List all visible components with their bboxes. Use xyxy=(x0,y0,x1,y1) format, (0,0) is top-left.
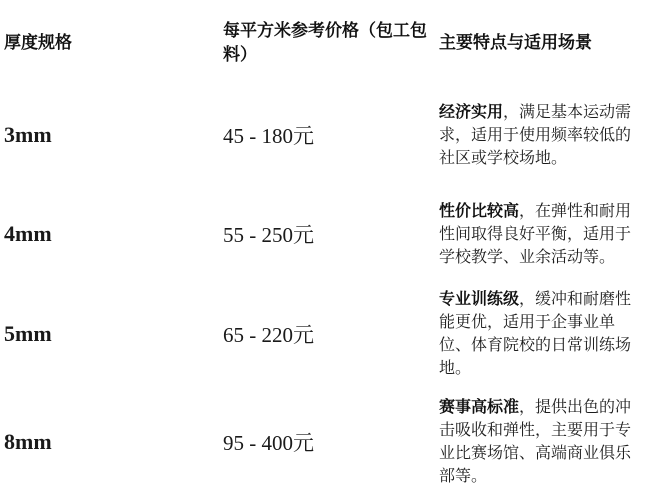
table-header: 厚度规格 每平方米参考价格（包工包料） 主要特点与适用场景 xyxy=(0,0,661,86)
pricing-table: 厚度规格 每平方米参考价格（包工包料） 主要特点与适用场景 3mm 45 - 1… xyxy=(0,0,661,500)
feature-highlight: 赛事高标准 xyxy=(439,399,519,416)
table-row: 3mm 45 - 180元 经济实用，满足基本运动需求，适用于使用频率较低的社区… xyxy=(0,86,661,184)
pricing-table-page: 厚度规格 每平方米参考价格（包工包料） 主要特点与适用场景 3mm 45 - 1… xyxy=(0,0,661,500)
table-row: 5mm 65 - 220元 专业训练级，缓冲和耐磨性能更优，适用于企事业单位、体… xyxy=(0,284,661,384)
table-row: 4mm 55 - 250元 性价比较高，在弹性和耐用性间取得良好平衡，适用于学校… xyxy=(0,184,661,284)
header-features: 主要特点与适用场景 xyxy=(431,0,661,86)
feature-text: 性价比较高，在弹性和耐用性间取得良好平衡，适用于学校教学、业余活动等。 xyxy=(431,184,661,284)
thickness-value: 3mm xyxy=(0,86,219,184)
feature-highlight: 经济实用 xyxy=(439,104,503,121)
thickness-value: 4mm xyxy=(0,184,219,284)
feature-text: 赛事高标准，提供出色的冲击吸收和弹性，主要用于专业比赛场馆、高端商业俱乐部等。 xyxy=(431,384,661,500)
price-value: 55 - 250元 xyxy=(219,184,431,284)
price-value: 65 - 220元 xyxy=(219,284,431,384)
table-body: 3mm 45 - 180元 经济实用，满足基本运动需求，适用于使用频率较低的社区… xyxy=(0,86,661,500)
feature-text: 专业训练级，缓冲和耐磨性能更优，适用于企事业单位、体育院校的日常训练场地。 xyxy=(431,284,661,384)
header-thickness: 厚度规格 xyxy=(0,0,219,86)
table-row: 8mm 95 - 400元 赛事高标准，提供出色的冲击吸收和弹性，主要用于专业比… xyxy=(0,384,661,500)
price-value: 45 - 180元 xyxy=(219,86,431,184)
header-row: 厚度规格 每平方米参考价格（包工包料） 主要特点与适用场景 xyxy=(0,0,661,86)
feature-text: 经济实用，满足基本运动需求，适用于使用频率较低的社区或学校场地。 xyxy=(431,86,661,184)
feature-highlight: 性价比较高 xyxy=(439,203,519,220)
thickness-value: 8mm xyxy=(0,384,219,500)
thickness-value: 5mm xyxy=(0,284,219,384)
header-price: 每平方米参考价格（包工包料） xyxy=(219,0,431,86)
price-value: 95 - 400元 xyxy=(219,384,431,500)
feature-highlight: 专业训练级 xyxy=(439,291,519,308)
